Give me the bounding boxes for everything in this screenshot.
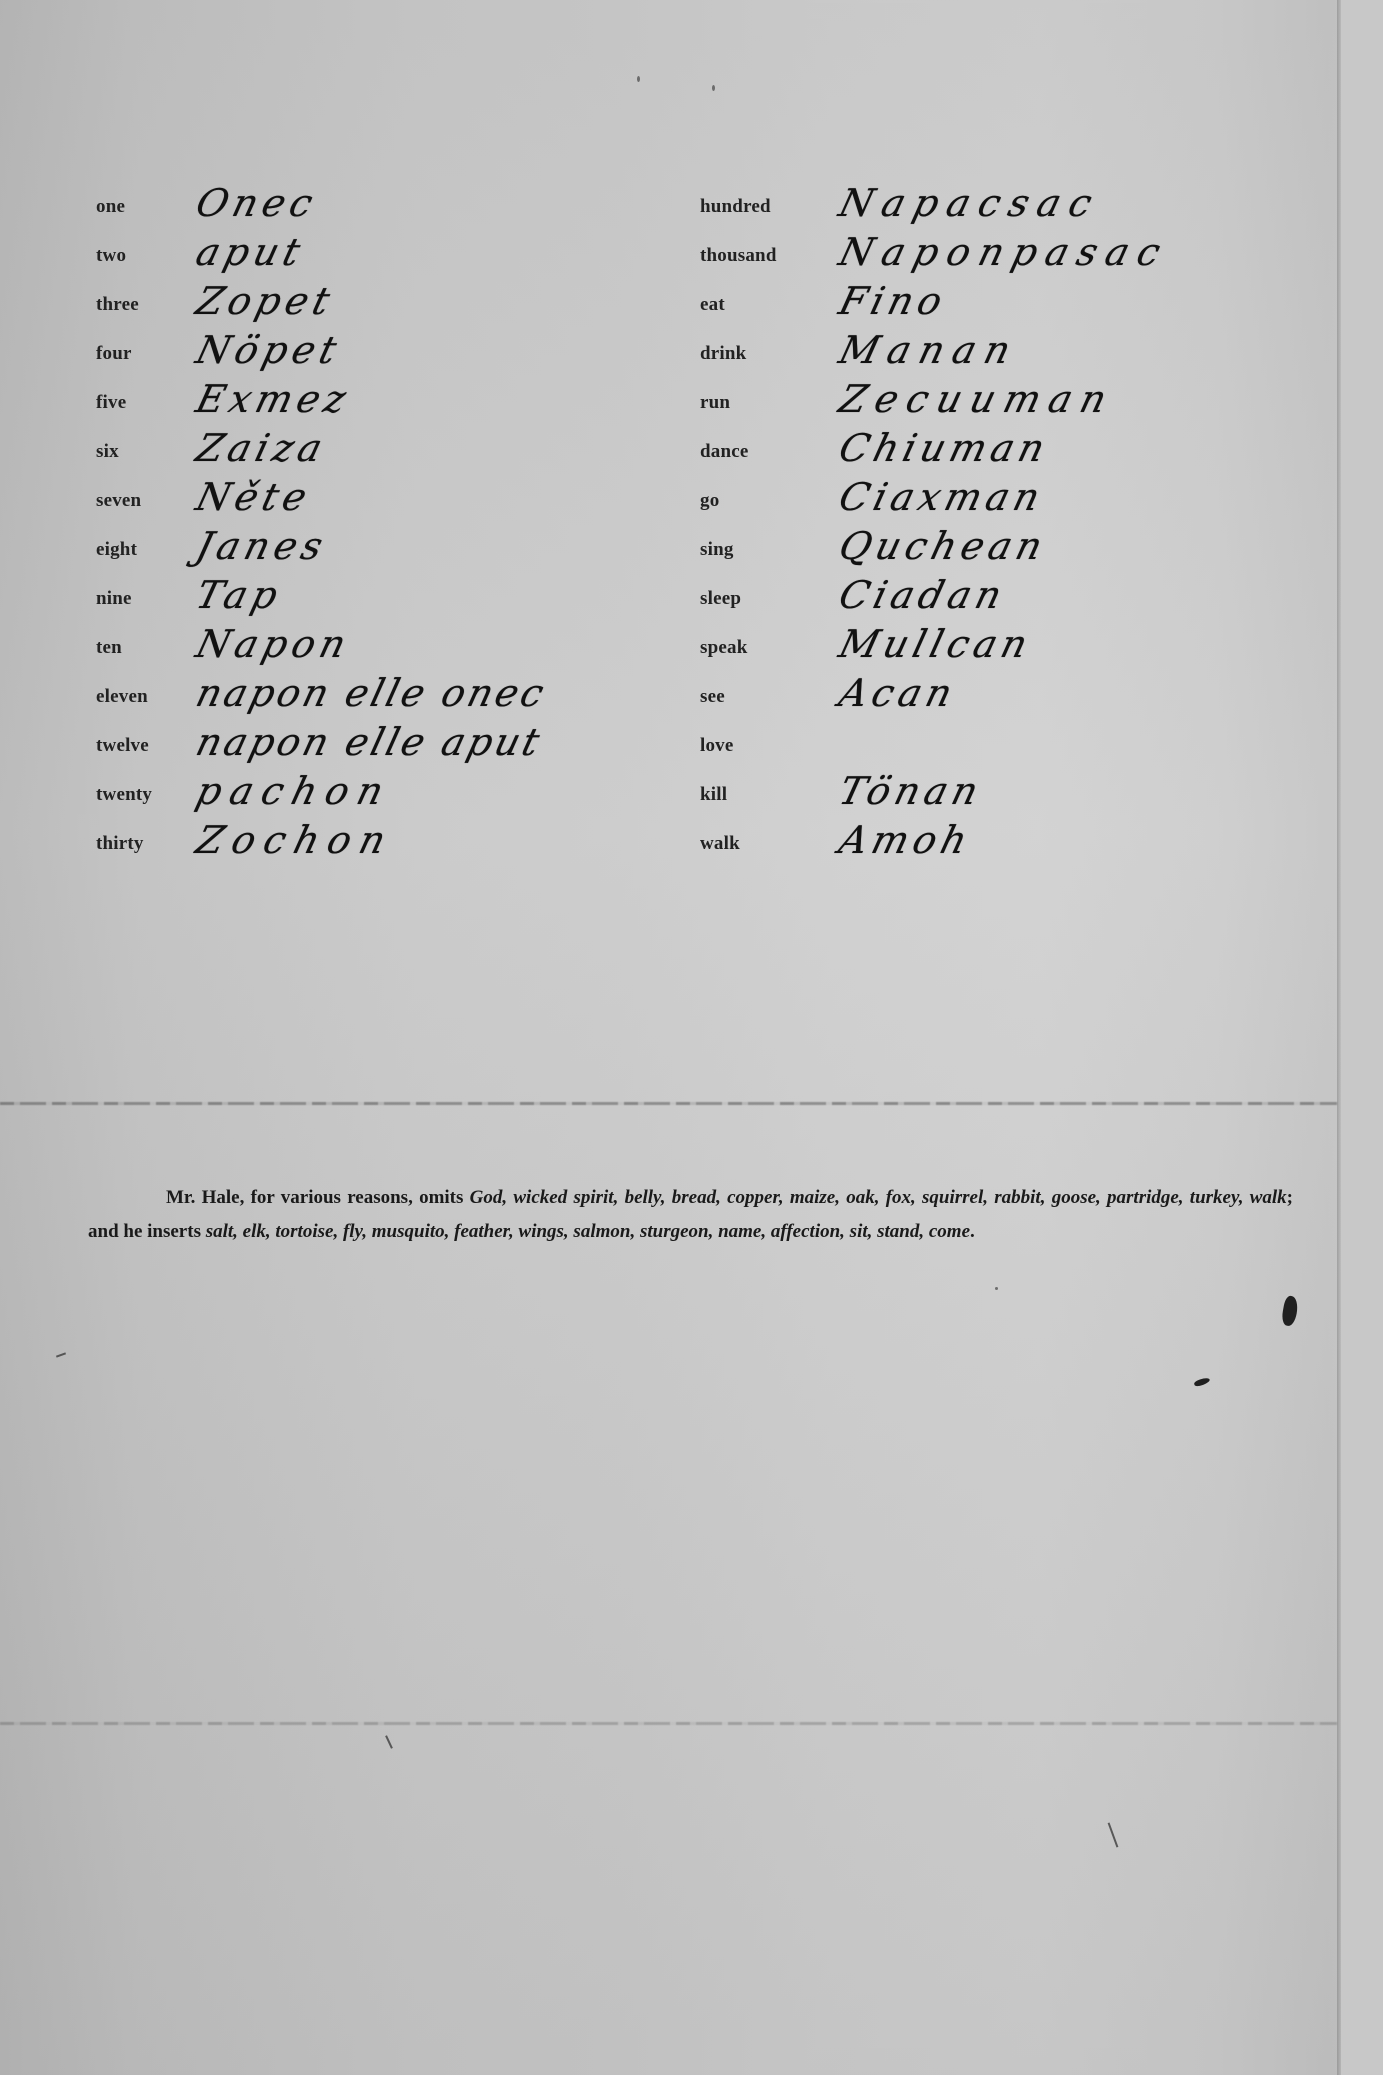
english-word: four [96,343,192,371]
vocab-row: sleep Ciadan [700,567,1320,616]
speck [712,85,715,91]
inserted-words: salt, elk, tortoise, fly, musquito, feat… [206,1221,970,1242]
handwritten-word: Něte [192,478,315,518]
omitted-words: God, wicked spirit, belly, bread, copper… [470,1187,1287,1208]
vocab-row: drink Manan [700,322,1320,371]
vocab-row: thousand Naponpasac [700,224,1320,273]
english-word: seven [96,490,192,518]
handwritten-word: Janes [192,527,331,567]
vocab-row: speak Mullcan [700,616,1320,665]
speck [637,76,640,82]
vocabulary-column-right: hundred Napacsac thousand Naponpasac eat… [700,175,1320,861]
handwritten-word: Mullcan [835,625,1036,665]
vocab-row: twelve napon elle aput [96,714,696,763]
vocab-row: dance Chiuman [700,420,1320,469]
vocab-row: ten Napon [96,616,696,665]
english-word: eat [700,294,835,322]
english-word: nine [96,588,192,616]
handwritten-word: Amoh [835,821,976,861]
english-word: thirty [96,833,192,861]
english-word: walk [700,833,835,861]
vocab-row: eight Janes [96,518,696,567]
vocab-row: go Ciaxman [700,469,1320,518]
fold-crease [0,1102,1337,1105]
handwritten-word: Zaiza [192,429,331,469]
english-word: one [96,196,192,224]
english-word: kill [700,784,835,812]
handwritten-word: Fino [835,282,951,322]
vocab-row: eleven napon elle onec [96,665,696,714]
english-word: love [700,735,835,763]
vocab-row: run Zecuuman [700,371,1320,420]
english-word: two [96,245,192,273]
vocab-row: six Zaiza [96,420,696,469]
english-word: twelve [96,735,192,763]
handwritten-word: Tönan [835,772,987,812]
vocab-row: eat Fino [700,273,1320,322]
handwritten-word: Ciadan [835,576,1010,616]
english-word: ten [96,637,192,665]
stray-mark [1108,1822,1119,1847]
english-word: hundred [700,196,835,224]
english-word: drink [700,343,835,371]
vocab-row: love [700,714,1320,763]
editorial-note: Mr. Hale, for various reasons, omits God… [88,1181,1293,1249]
handwritten-word: Exmez [192,380,355,420]
english-word: eight [96,539,192,567]
vocab-row: five Exmez [96,371,696,420]
ink-blot [1193,1376,1210,1387]
handwritten-word: Napacsac [835,184,1105,224]
vocab-row: seven Něte [96,469,696,518]
handwritten-word: Quchean [835,527,1051,567]
vocab-row: one Onec [96,175,696,224]
handwritten-word: Zecuuman [835,380,1119,420]
handwritten-word: Zochon [192,821,398,861]
handwritten-word: Napon [192,625,355,665]
fold-crease [0,1722,1337,1725]
english-word: see [700,686,835,714]
vocab-row: hundred Napacsac [700,175,1320,224]
handwritten-word: Tap [192,576,286,616]
vocabulary-column-left: one Onec two aput three Zopet four Nöpet… [96,175,696,861]
handwritten-word: Ciaxman [835,478,1048,518]
english-word: run [700,392,835,420]
vocab-row: see Acan [700,665,1320,714]
handwritten-word: napon elle aput [192,723,546,763]
note-end: . [970,1221,975,1242]
stray-mark [385,1735,393,1749]
handwritten-word: aput [192,233,309,273]
english-word: thousand [700,245,835,273]
vocab-row: twenty pachon [96,763,696,812]
vocab-row: two aput [96,224,696,273]
handwritten-word: napon elle onec [192,674,550,714]
ink-blot [1281,1295,1300,1327]
vocab-row: kill Tönan [700,763,1320,812]
note-intro: Mr. Hale, for various reasons, omits [166,1187,463,1208]
english-word: twenty [96,784,192,812]
handwritten-word: pachon [192,772,396,812]
english-word: sing [700,539,835,567]
english-word: sleep [700,588,835,616]
english-word: three [96,294,192,322]
vocab-row: three Zopet [96,273,696,322]
english-word: six [96,441,192,469]
vocab-row: thirty Zochon [96,812,696,861]
english-word: speak [700,637,835,665]
vocab-row: walk Amoh [700,812,1320,861]
handwritten-word: Zopet [192,282,338,322]
handwritten-word: Chiuman [835,429,1053,469]
speck [995,1287,998,1290]
handwritten-word: Naponpasac [835,233,1173,273]
handwritten-word: Onec [192,184,321,224]
handwritten-word: Nöpet [192,331,345,371]
english-word: dance [700,441,835,469]
vocab-row: nine Tap [96,567,696,616]
vocab-row: sing Quchean [700,518,1320,567]
scan-margin [1341,0,1383,2075]
handwritten-word: Acan [835,674,961,714]
vocab-row: four Nöpet [96,322,696,371]
handwritten-word: Manan [835,331,1023,371]
english-word: eleven [96,686,192,714]
english-word: five [96,392,192,420]
stray-mark [56,1352,66,1357]
english-word: go [700,490,835,518]
